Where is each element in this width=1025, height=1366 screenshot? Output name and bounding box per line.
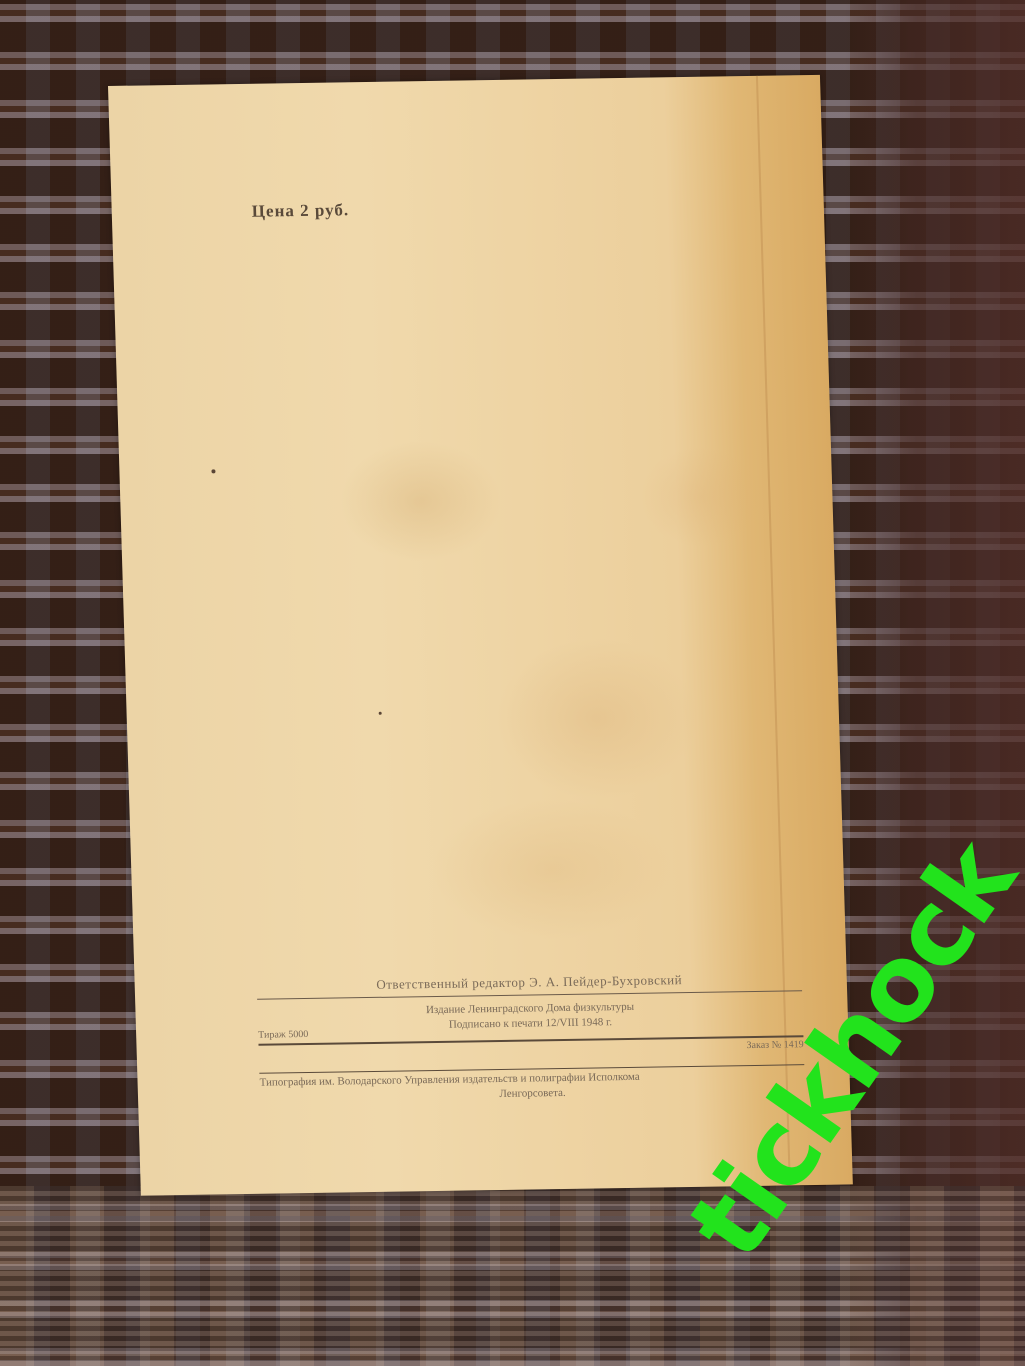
- colophon: Ответственный редактор Э. А. Пейдер-Бухр…: [257, 970, 806, 1106]
- price-label: Цена 2 руб.: [251, 200, 349, 222]
- booklet-back-cover: Цена 2 руб. Ответственный редактор Э. А.…: [108, 75, 853, 1196]
- editor-line: Ответственный редактор Э. А. Пейдер-Бухр…: [257, 970, 803, 1000]
- ink-speck: [379, 712, 382, 715]
- placemat-shadow: [845, 0, 1025, 1366]
- ink-speck: [211, 469, 215, 473]
- placemat-bottom: [0, 1186, 1025, 1366]
